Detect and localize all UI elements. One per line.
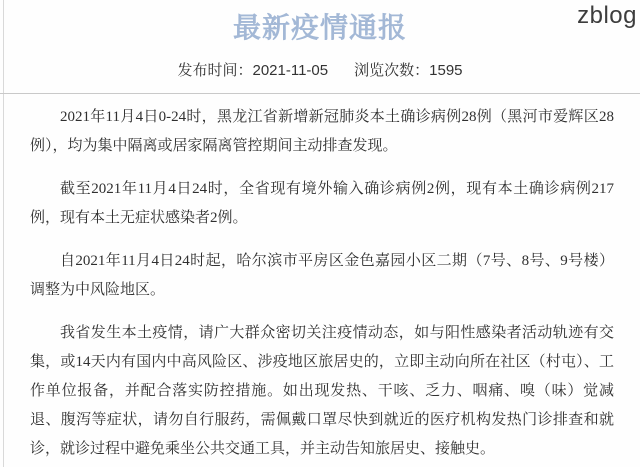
views-value: 1595 <box>429 62 462 79</box>
site-logo: zblog <box>577 2 637 30</box>
paragraph-risk-area: 自2021年11月4日24时起，哈尔滨市平房区金色嘉园小区二期（7号、8号、9号… <box>30 247 614 305</box>
article-body: 2021年11月4日0-24时，黑龙江省新增新冠肺炎本土确诊病例28例（黑河市爱… <box>0 94 640 464</box>
article-page: zblog 最新疫情通报 发布时间：2021-11-05浏览次数：1595 20… <box>0 0 640 467</box>
views-label: 浏览次数： <box>354 62 429 79</box>
article-meta: 发布时间：2021-11-05浏览次数：1595 <box>0 61 640 81</box>
paragraph-new-cases: 2021年11月4日0-24时，黑龙江省新增新冠肺炎本土确诊病例28例（黑河市爱… <box>30 103 614 161</box>
publish-time-label: 发布时间： <box>177 62 252 79</box>
article-header: 最新疫情通报 发布时间：2021-11-05浏览次数：1595 <box>0 0 640 81</box>
publish-time-value: 2021-11-05 <box>253 62 329 79</box>
page-left-border <box>3 0 4 467</box>
paragraph-public-advice: 我省发生本土疫情，请广大群众密切关注疫情动态，如与阳性感染者活动轨迹有交集，或1… <box>30 319 614 464</box>
page-title: 最新疫情通报 <box>0 12 640 44</box>
paragraph-current-cases: 截至2021年11月4日24时，全省现有境外输入确诊病例2例，现有本土确诊病例2… <box>30 175 614 233</box>
